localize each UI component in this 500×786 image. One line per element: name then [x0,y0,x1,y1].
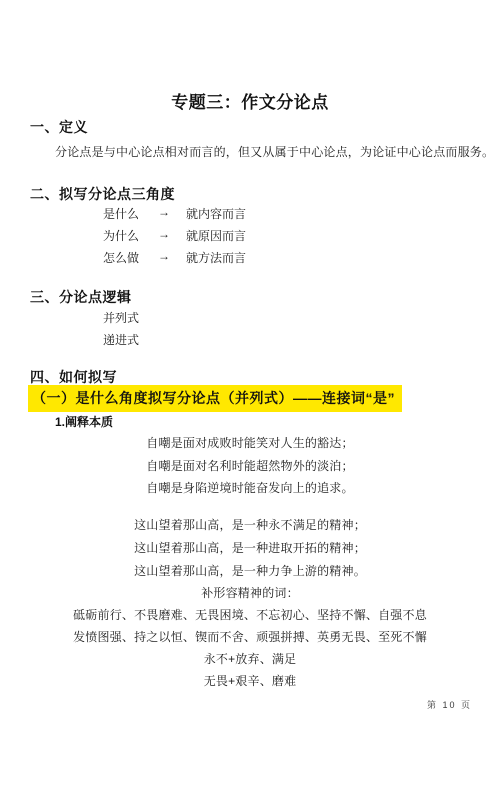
angle-row-term: 怎么做 [103,249,139,266]
example-line: 自嘲是面对成败时能笑对人生的豁达； [0,434,500,451]
word-list-line: 发愤图强、持之以恒、锲而不舍、顽强拼搏、英勇无畏、至死不懈 [0,628,500,645]
angle-row-meaning: 就原因而言 [186,227,246,244]
section-2-heading: 二、拟写分论点三角度 [30,184,175,204]
highlighted-subtopic-line: （一）是什么角度拟写分论点（并列式）——连接词“是” [28,385,402,412]
example-line: 这山望着那山高，是一种力争上游的精神。 [0,562,500,579]
example-line: 这山望着那山高，是一种永不满足的精神； [0,516,500,533]
page-title: 专题三：作文分论点 [0,88,500,113]
angle-row-meaning: 就内容而言 [186,205,246,222]
word-list-line: 砥砺前行、不畏磨难、无畏困境、不忘初心、坚持不懈、自强不息 [0,606,500,623]
arrow-right-icon: → [158,227,170,241]
section-1-body: 分论点是与中心论点相对而言的，但又从属于中心论点，为论证中心论点而服务。 [55,143,494,160]
page-number: 第 10 页 [427,698,472,711]
angle-row-term: 是什么 [103,205,139,222]
angle-row-meaning: 就方法而言 [186,249,246,266]
subsection-heading: 1.阐释本质 [55,413,113,430]
word-list-label: 补形容精神的词： [0,584,500,601]
word-list-line: 永不+放弃、满足 [0,650,500,667]
example-line: 自嘲是身陷逆境时能奋发向上的追求。 [0,479,500,496]
arrow-right-icon: → [158,205,170,219]
word-list-line: 无畏+艰辛、磨难 [0,672,500,689]
logic-item: 并列式 [103,309,139,326]
example-line: 自嘲是面对名利时能超然物外的淡泊； [0,457,500,474]
arrow-right-icon: → [158,249,170,263]
document-page: 专题三：作文分论点 一、定义 分论点是与中心论点相对而言的，但又从属于中心论点，… [0,0,500,786]
angle-row-term: 为什么 [103,227,139,244]
section-4-heading: 四、如何拟写 [30,367,117,387]
example-line: 这山望着那山高，是一种进取开拓的精神； [0,539,500,556]
section-1-heading: 一、定义 [30,117,88,137]
logic-item: 递进式 [103,331,139,348]
section-3-heading: 三、分论点逻辑 [30,287,132,307]
